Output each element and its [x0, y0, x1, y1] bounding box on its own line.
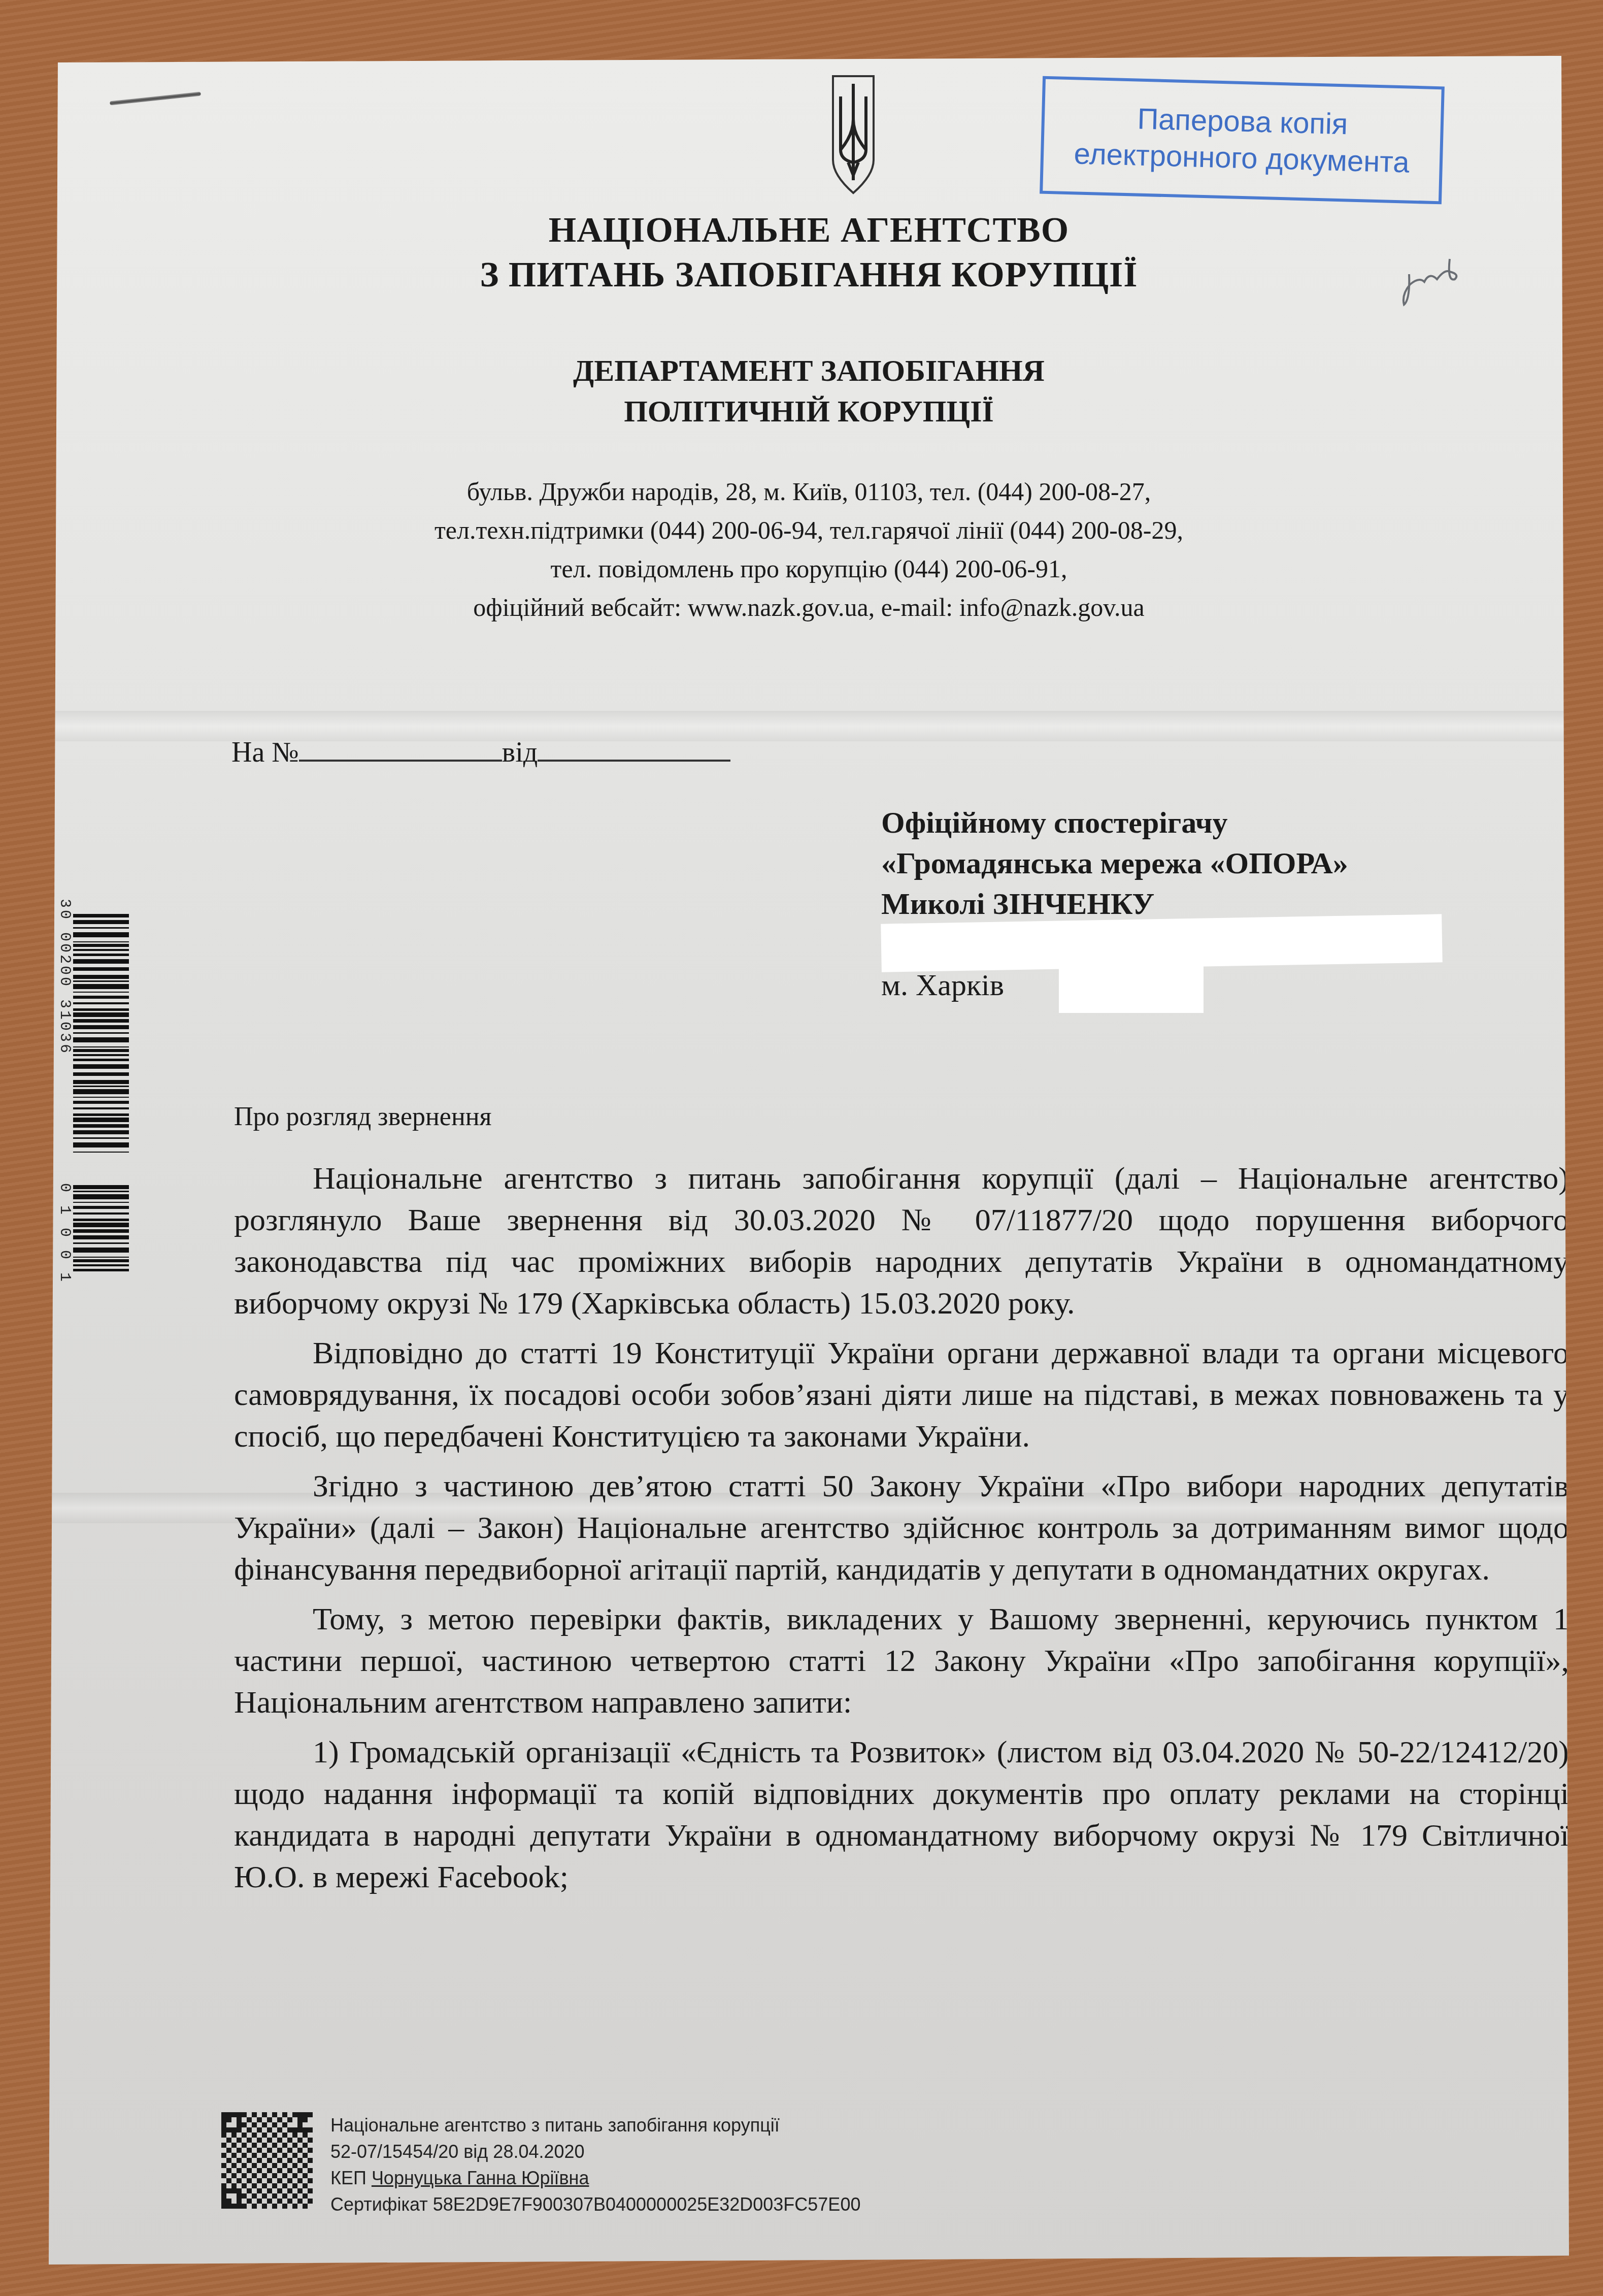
qr-code-icon	[221, 2112, 313, 2209]
letter-page: Паперова копія електронного документа НА…	[49, 56, 1569, 2265]
body-paragraph: Відповідно до статті 19 Конституції Укра…	[234, 1332, 1569, 1457]
barcode-bars-icon	[73, 914, 134, 1280]
footer-signer: Чорнуцька Ганна Юріївна	[372, 2168, 589, 2188]
footer-doc-number: 52-07/15454/20 від 28.04.2020	[330, 2139, 860, 2165]
stamp-line-2: електронного документа	[1074, 136, 1410, 181]
agency-title: НАЦІОНАЛЬНЕ АГЕНТСТВО З ПИТАНЬ ЗАПОБІГАН…	[49, 208, 1569, 298]
staple-icon	[110, 92, 201, 106]
letter-body: Національне агентство з питань запобіган…	[234, 1158, 1569, 1906]
footer-certificate: Сертифікат 58E2D9E7F900307B0400000025E32…	[330, 2191, 860, 2218]
footer-org: Національне агентство з питань запобіган…	[330, 2112, 860, 2139]
reference-number-blank	[299, 755, 502, 762]
barcode: 30 00200 31036 0 1 0 0 1	[58, 899, 119, 1285]
footer-kep: КЕП Чорнуцька Ганна Юріївна	[330, 2165, 860, 2191]
body-paragraph: 1) Громадській організації «Єдність та Р…	[234, 1731, 1569, 1898]
letter-subject: Про розгляд звернення	[234, 1102, 491, 1132]
stamp-line-1: Паперова копія	[1137, 101, 1348, 143]
agency-contacts: бульв. Дружби народів, 28, м. Київ, 0110…	[49, 472, 1569, 627]
paper-copy-stamp: Паперова копія електронного документа	[1040, 76, 1445, 205]
redaction-box	[1059, 965, 1204, 1013]
department-title: ДЕПАРТАМЕНТ ЗАПОБІГАННЯ ПОЛІТИЧНІЙ КОРУП…	[49, 350, 1569, 432]
trident-coat-of-arms-icon	[830, 74, 876, 195]
body-paragraph: Тому, з метою перевірки фактів, викладен…	[234, 1598, 1569, 1723]
body-paragraph: Згідно з частиною дев’ятою статті 50 Зак…	[234, 1465, 1569, 1590]
redaction-box	[881, 914, 1442, 972]
reference-line: На №від	[231, 736, 730, 769]
body-paragraph: Національне агентство з питань запобіган…	[234, 1158, 1569, 1324]
reference-date-blank	[538, 755, 730, 762]
